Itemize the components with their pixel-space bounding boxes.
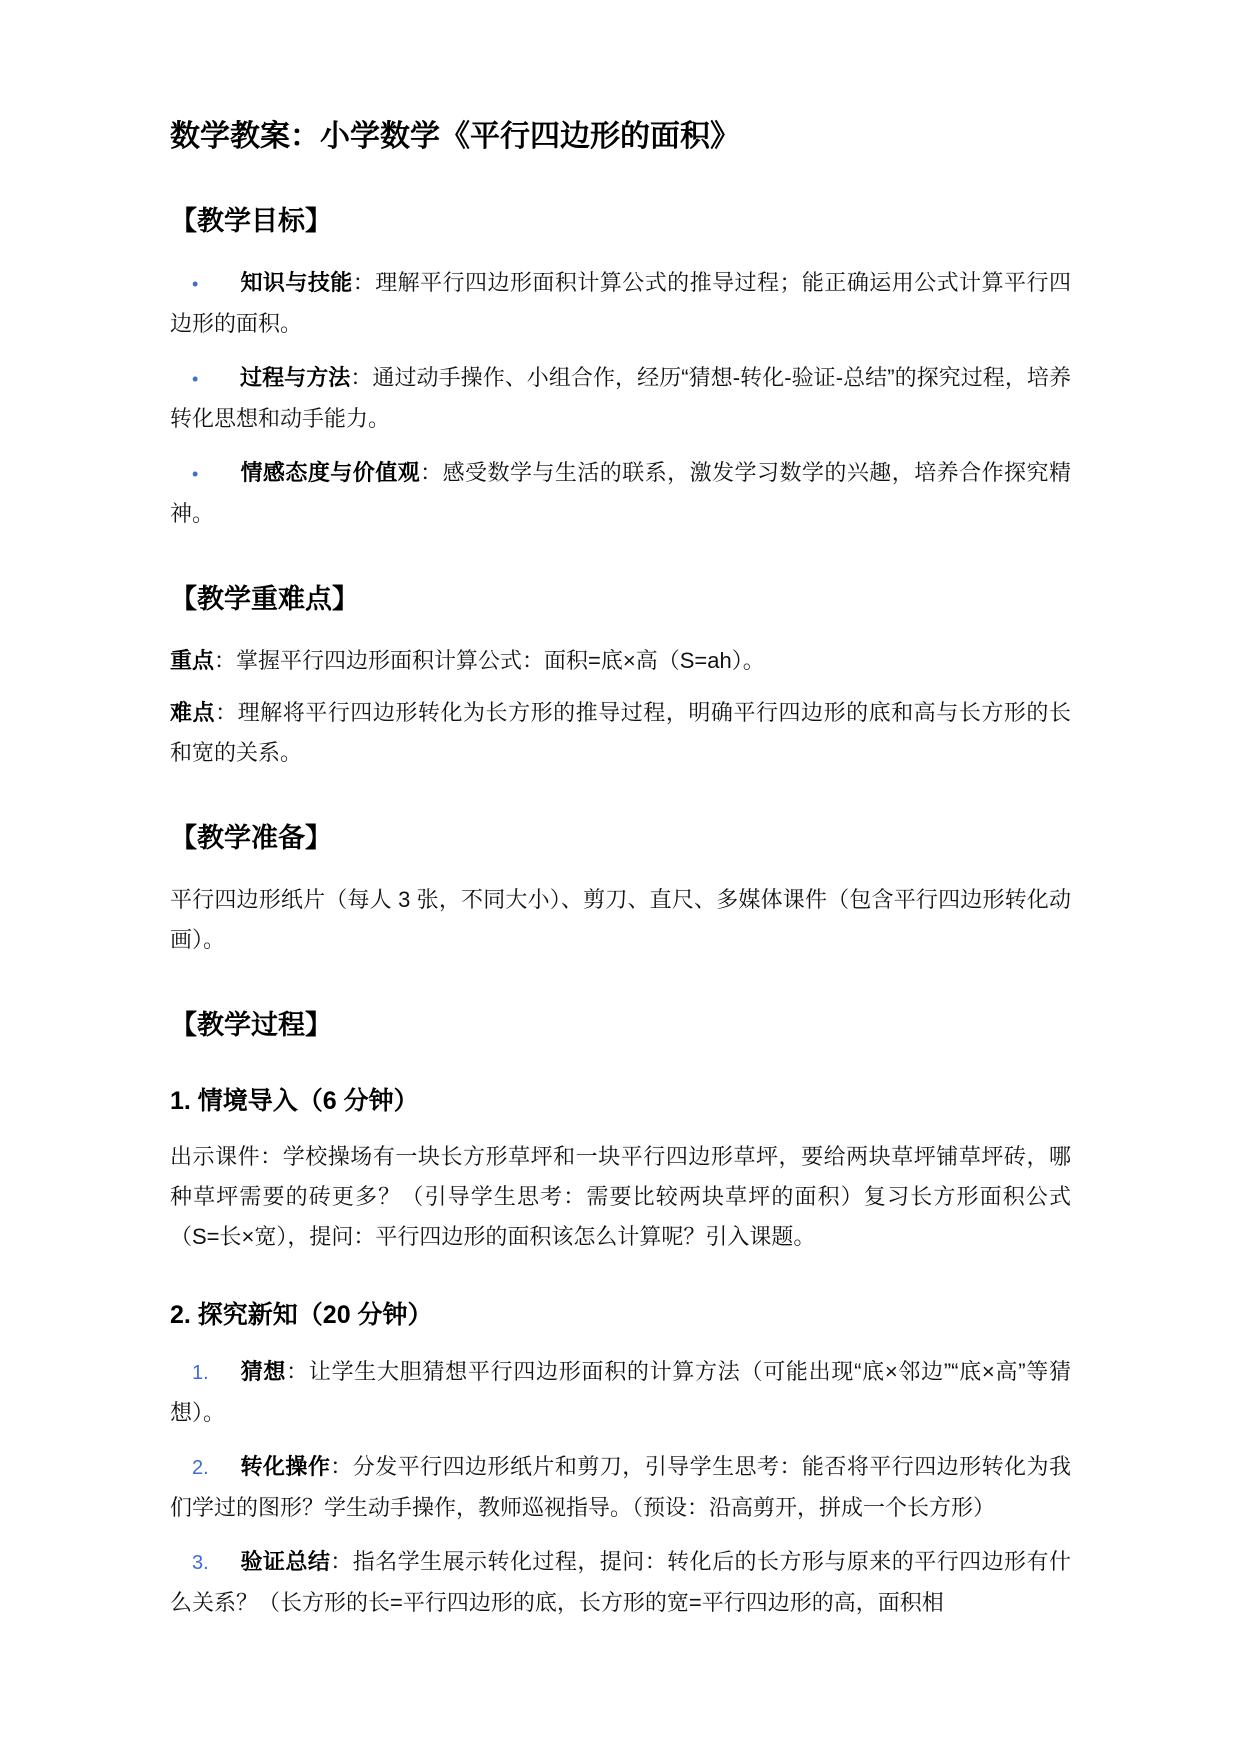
difficulty-paragraph: 难点：理解将平行四边形转化为长方形的推导过程，明确平行四边形的底和高与长方形的长… xyxy=(170,693,1071,773)
list-number: 3. xyxy=(170,1543,240,1583)
sub-heading-explore: 2. 探究新知（20 分钟） xyxy=(170,1299,1071,1332)
page-title: 数学教案：小学数学《平行四边形的面积》 xyxy=(170,118,1071,156)
separator: ： xyxy=(353,270,375,295)
separator: ： xyxy=(214,648,236,673)
objective-item-emotion: •情感态度与价值观：感受数学与生活的联系，激发学习数学的兴趣，培养合作探究精神。 xyxy=(170,453,1071,534)
bullet-icon: • xyxy=(170,264,240,304)
key-point-text: 掌握平行四边形面积计算公式：面积=底×高（S=ah）。 xyxy=(236,648,765,673)
separator: ： xyxy=(215,700,238,725)
list-number: 1. xyxy=(170,1353,240,1393)
separator: ： xyxy=(420,460,442,485)
sub-heading-intro: 1. 情境导入（6 分钟） xyxy=(170,1085,1071,1118)
section-heading-process: 【教学过程】 xyxy=(170,1008,1071,1043)
key-point-paragraph: 重点：掌握平行四边形面积计算公式：面积=底×高（S=ah）。 xyxy=(170,641,1071,681)
explore-step-verify: 3.验证总结：指名学生展示转化过程，提问：转化后的长方形与原来的平行四边形有什么… xyxy=(170,1542,1071,1623)
list-number: 2. xyxy=(170,1448,240,1488)
difficulty-label: 难点 xyxy=(170,700,215,725)
objective-label: 情感态度与价值观 xyxy=(240,460,420,485)
section-heading-preparation: 【教学准备】 xyxy=(170,821,1071,856)
objective-item-knowledge: •知识与技能：理解平行四边形面积计算公式的推导过程；能正确运用公式计算平行四边形… xyxy=(170,263,1071,344)
key-point-label: 重点 xyxy=(170,648,214,673)
section-heading-objectives: 【教学目标】 xyxy=(170,204,1071,239)
document-page: 数学教案：小学数学《平行四边形的面积》 【教学目标】 •知识与技能：理解平行四边… xyxy=(0,0,1241,1755)
objective-item-process: •过程与方法：通过动手操作、小组合作，经历“猜想-转化-验证-总结”的探究过程，… xyxy=(170,358,1071,439)
explore-step-guess: 1.猜想：让学生大胆猜想平行四边形面积的计算方法（可能出现“底×邻边”“底×高”… xyxy=(170,1352,1071,1433)
objective-label: 知识与技能 xyxy=(240,270,353,295)
bullet-icon: • xyxy=(170,454,240,494)
separator: ： xyxy=(330,1454,352,1479)
difficulty-text: 理解将平行四边形转化为长方形的推导过程，明确平行四边形的底和高与长方形的长和宽的… xyxy=(170,700,1071,765)
preparation-paragraph: 平行四边形纸片（每人 3 张，不同大小）、剪刀、直尺、多媒体课件（包含平行四边形… xyxy=(170,880,1071,960)
step-label: 验证总结 xyxy=(240,1549,330,1574)
intro-paragraph: 出示课件：学校操场有一块长方形草坪和一块平行四边形草坪，要给两块草坪铺草坪砖，哪… xyxy=(170,1137,1071,1257)
section-heading-key-points: 【教学重难点】 xyxy=(170,582,1071,617)
explore-step-transform: 2.转化操作：分发平行四边形纸片和剪刀，引导学生思考：能否将平行四边形转化为我们… xyxy=(170,1447,1071,1528)
step-label: 转化操作 xyxy=(240,1454,330,1479)
objective-label: 过程与方法 xyxy=(240,365,350,390)
step-label: 猜想 xyxy=(240,1359,286,1384)
bullet-icon: • xyxy=(170,359,240,399)
separator: ： xyxy=(330,1549,352,1574)
separator: ： xyxy=(286,1359,309,1384)
separator: ： xyxy=(350,365,372,390)
